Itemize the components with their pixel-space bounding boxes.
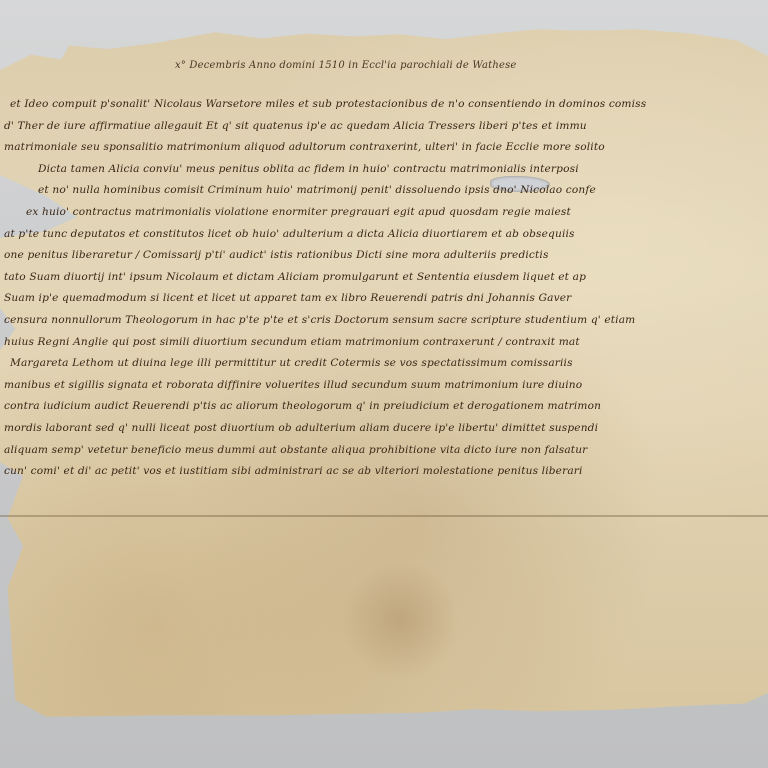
manuscript-line: Dicta tamen Alicia conviu' meus penitus …: [4, 159, 764, 181]
manuscript-line: et Ideo compuit p'sonalit' Nicolaus Wars…: [4, 94, 764, 116]
manuscript-heading: x° Decembris Anno domini 1510 in Eccl'ia…: [175, 60, 595, 71]
manuscript-line: Suam ip'e quemadmodum si licent et licet…: [4, 288, 764, 310]
manuscript-line: censura nonnullorum Theologorum in hac p…: [4, 310, 764, 332]
manuscript-line: et no' nulla hominibus comisit Criminum …: [4, 180, 764, 202]
manuscript-line: mordis laborant sed q' nulli liceat post…: [4, 418, 764, 440]
manuscript-line: at p'te tunc deputatos et constitutos li…: [4, 224, 764, 246]
manuscript-line: cun' comi' et di' ac petit' vos et iusti…: [4, 461, 764, 483]
manuscript-line: huius Regni Anglie qui post simili diuor…: [4, 332, 764, 354]
manuscript-line: d' Ther de iure affirmatiue allegauit Et…: [4, 116, 764, 138]
manuscript-line: manibus et sigillis signata et roborata …: [4, 375, 764, 397]
manuscript-line: ex huio' contractus matrimonialis violat…: [4, 202, 764, 224]
manuscript-line: Margareta Lethom ut diuina lege illi per…: [4, 353, 764, 375]
manuscript-line: matrimoniale seu sponsalitio matrimonium…: [4, 137, 764, 159]
water-stain: [340, 560, 460, 680]
manuscript-line: aliquam semp' vetetur beneficio meus dum…: [4, 440, 764, 462]
manuscript-line: contra iudicium audict Reuerendi p'tis a…: [4, 396, 764, 418]
manuscript-line: tato Suam diuortij int' ipsum Nicolaum e…: [4, 267, 764, 289]
fold-line: [0, 515, 768, 517]
manuscript-line: one penitus liberaretur / Comissarij p't…: [4, 245, 764, 267]
manuscript-text-block: et Ideo compuit p'sonalit' Nicolaus Wars…: [4, 94, 764, 483]
